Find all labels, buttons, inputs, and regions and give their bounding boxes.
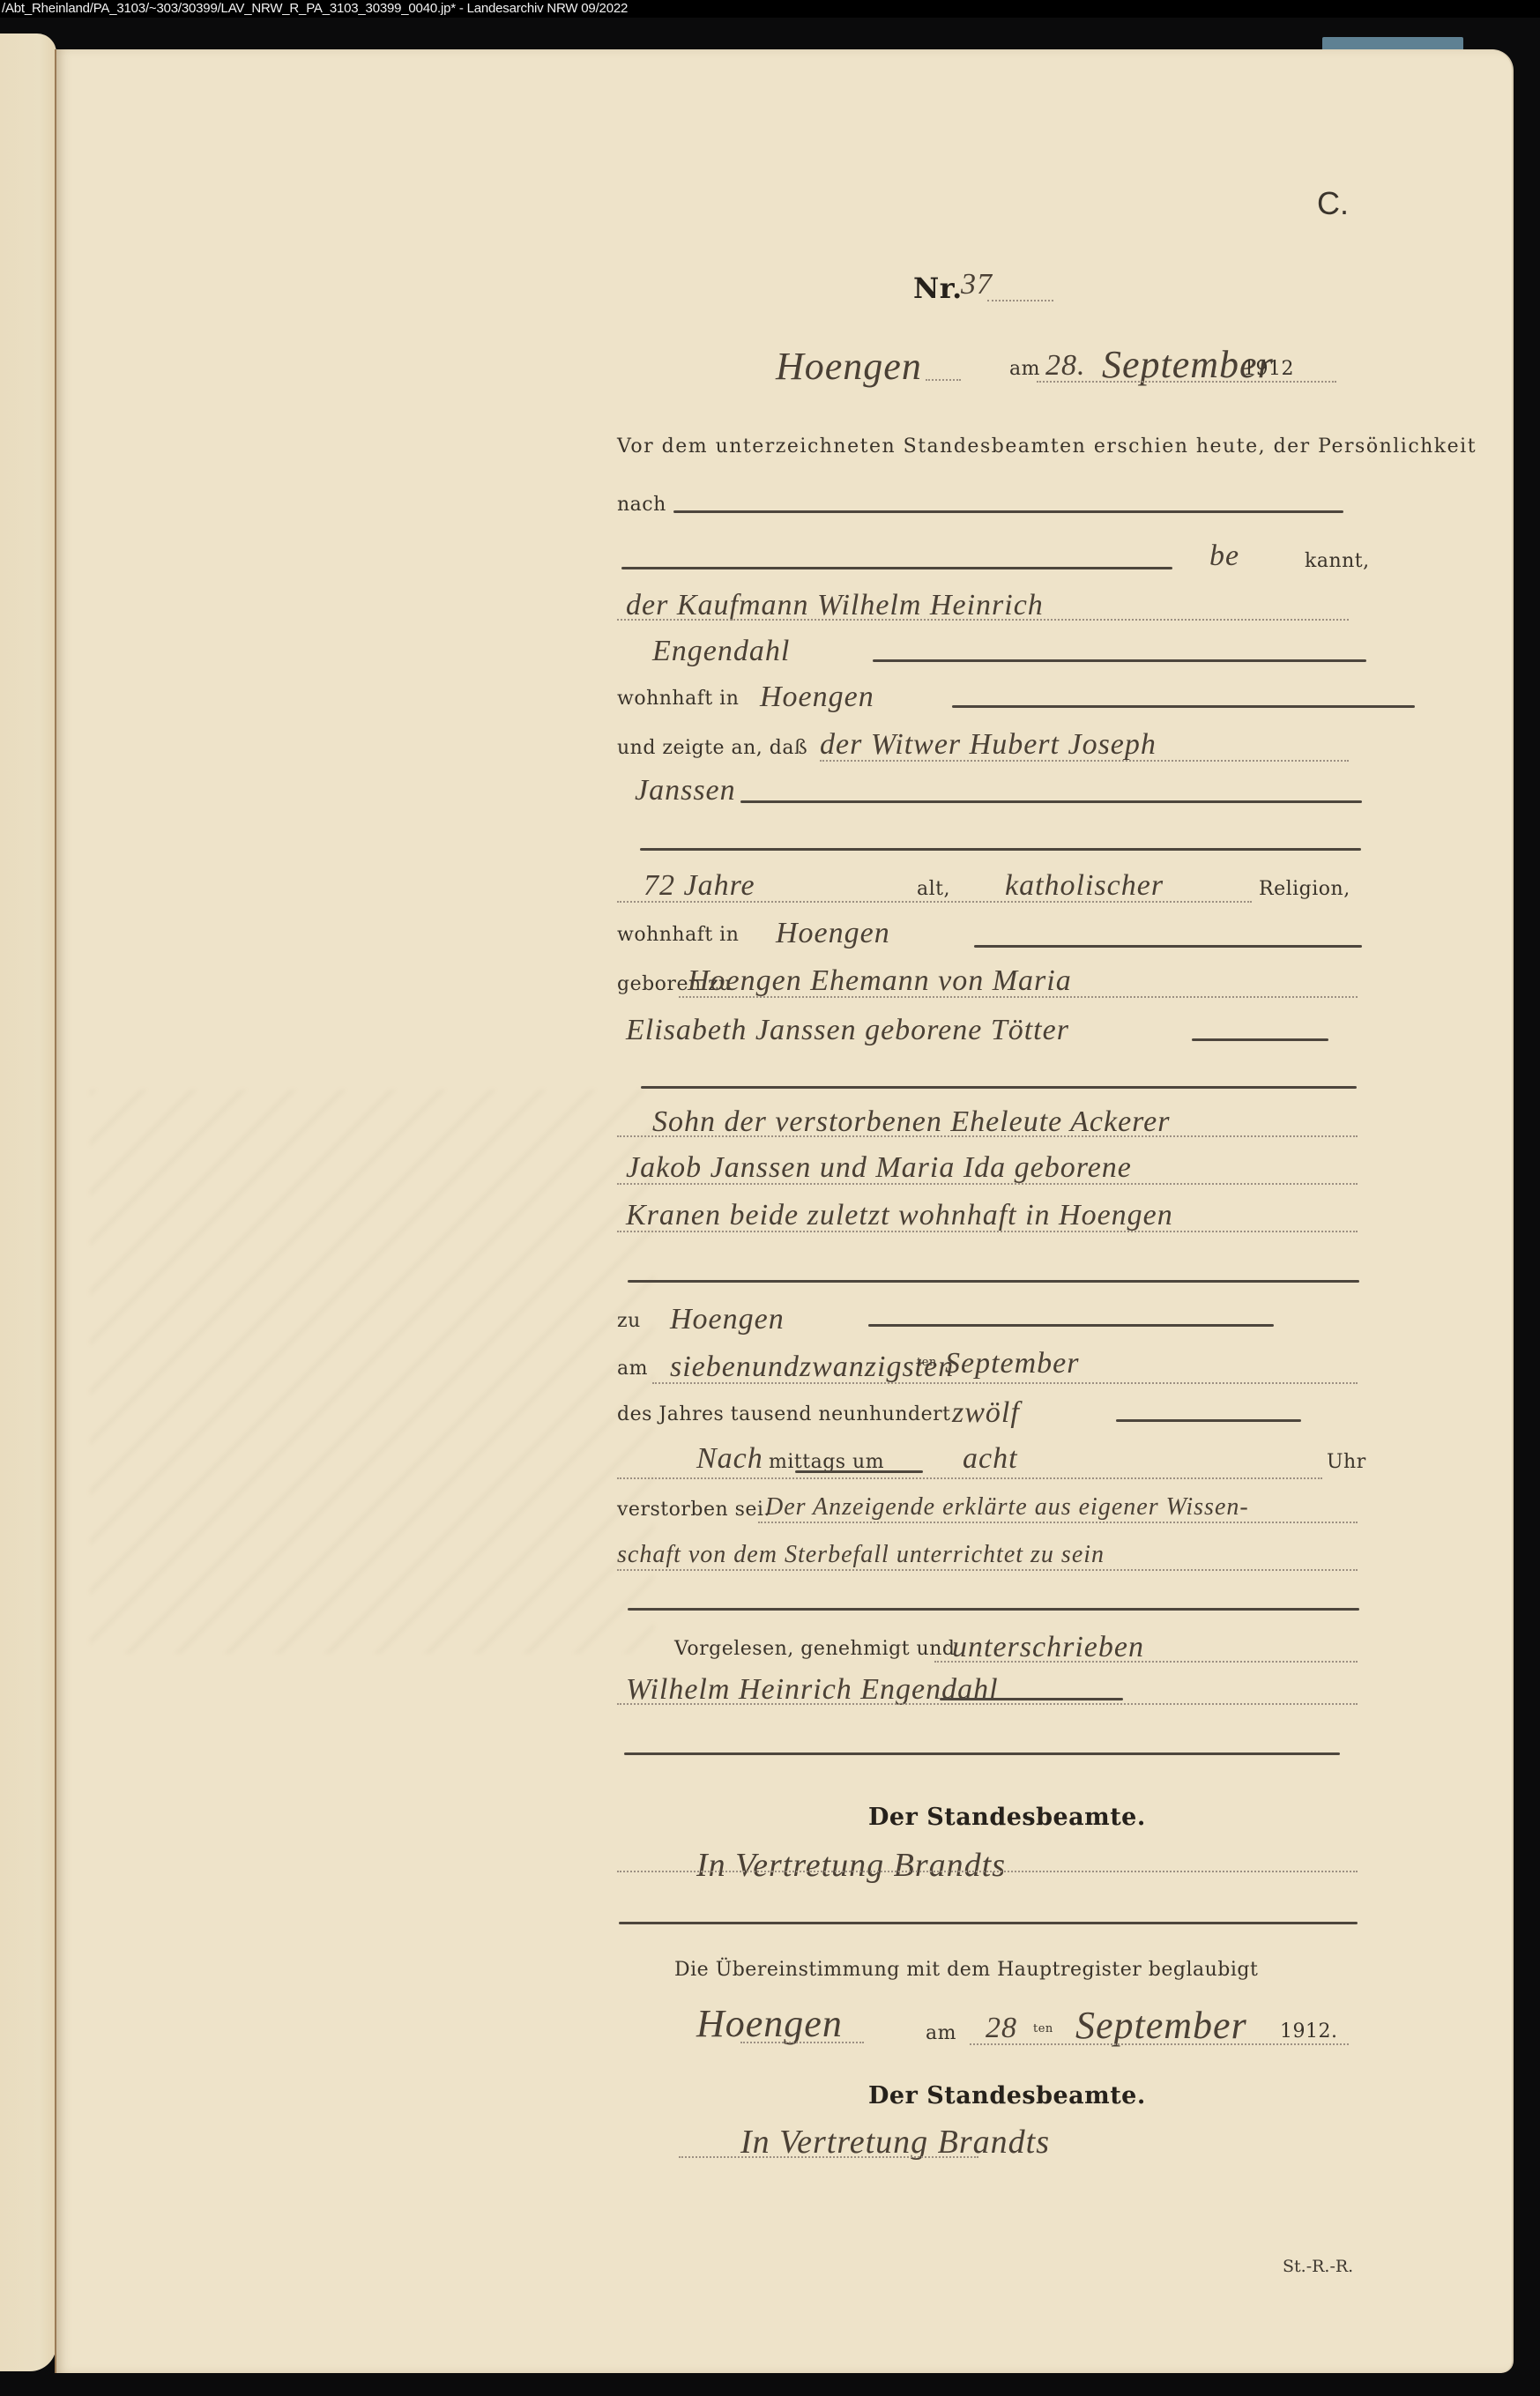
death-year-words: zwölf <box>952 1396 1020 1430</box>
left-facing-page <box>0 33 56 2371</box>
ten-suffix: ten <box>917 1356 937 1369</box>
nach-label: nach <box>617 494 666 516</box>
record-number: 37 <box>961 268 993 301</box>
birth-line2: Elisabeth Janssen geborene Tötter <box>626 1014 1069 1047</box>
cancel-line <box>628 1608 1359 1611</box>
parents-line2: Jakob Janssen und Maria Ida geborene <box>626 1151 1132 1185</box>
birth-line1: Hoengen Ehemann von Maria <box>688 964 1072 998</box>
ink-bleed-through <box>90 1090 654 1654</box>
header-am: am <box>1009 358 1040 380</box>
cert-day: 28 <box>986 2012 1017 2045</box>
death-day: siebenundzwanzigsten <box>670 1351 954 1384</box>
informant-signature: Wilhelm Heinrich Engendahl <box>626 1673 999 1707</box>
officer-signature: In Vertretung Brandts <box>696 1846 1006 1885</box>
cancel-line <box>974 945 1362 948</box>
dots <box>758 1522 1358 1523</box>
footer-mark: St.-R.-R. <box>1283 2257 1353 2276</box>
parents-line1: Sohn der verstorbenen Eheleute Ackerer <box>652 1105 1170 1139</box>
dots <box>617 1183 1358 1185</box>
year-label: des Jahres tausend neunhundert <box>617 1403 950 1425</box>
intro-line: Vor dem unterzeichneten Standesbeamten e… <box>617 435 1477 458</box>
am-label: am <box>617 1358 648 1380</box>
dots <box>679 996 1358 998</box>
informant-line1: der Kaufmann Wilhelm Heinrich <box>626 589 1044 622</box>
cancel-line <box>868 1324 1274 1327</box>
cert-month: September <box>1075 2003 1247 2048</box>
dots <box>970 2043 1349 2045</box>
cert-am: am <box>926 2022 956 2044</box>
dots <box>652 1382 1358 1384</box>
cancel-line <box>641 1086 1357 1089</box>
dots <box>1037 381 1336 383</box>
cancel-line <box>1116 1419 1301 1422</box>
zeigte-label: und zeigte an, daß <box>617 737 807 759</box>
cancel-line <box>624 1752 1340 1755</box>
cancel-line <box>740 800 1362 803</box>
informant-residence: Hoengen <box>760 681 874 714</box>
dots <box>617 619 1349 621</box>
remark-line2: schaft von dem Sterbefall unterrichtet z… <box>617 1541 1105 1569</box>
certification-line: Die Übereinstimmung mit dem Hauptregiste… <box>674 1959 1258 1981</box>
window-title: /Abt_Rheinland/PA_3103/~303/30399/LAV_NR… <box>0 0 1540 18</box>
wohnhaft-label: wohnhaft in <box>617 688 739 710</box>
deceased-line1: der Witwer Hubert Joseph <box>820 728 1157 762</box>
unterschrieben: unterschrieben <box>952 1631 1144 1664</box>
dots <box>934 1661 1358 1663</box>
parents-line3: Kranen beide zuletzt wohnhaft in Hoengen <box>626 1199 1173 1232</box>
header-day: 28. <box>1045 349 1086 383</box>
bekannt-handwritten: be <box>1209 539 1239 573</box>
cancel-line <box>673 510 1343 513</box>
officer-heading-2: Der Standesbeamte. <box>868 2082 1146 2110</box>
cert-place: Hoengen <box>696 2001 843 2046</box>
cancel-line <box>621 567 1172 569</box>
verstorben-label: verstorben sei. <box>617 1499 770 1521</box>
religion-label: Religion, <box>1259 878 1350 900</box>
time-prefix: Nach <box>696 1442 763 1476</box>
age-handwritten: 72 Jahre <box>644 869 755 903</box>
cancel-line <box>628 1280 1359 1283</box>
dots <box>740 2042 864 2043</box>
cancel-line <box>952 705 1415 708</box>
officer-heading: Der Standesbeamte. <box>868 1804 1146 1831</box>
cert-year: 1912. <box>1280 2020 1337 2043</box>
cancel-line <box>940 1698 1123 1700</box>
dots <box>617 1569 1358 1571</box>
header-place: Hoengen <box>776 344 922 389</box>
dots <box>617 1135 1358 1137</box>
uhr-label: Uhr <box>1327 1451 1366 1473</box>
informant-line2: Engendahl <box>652 635 790 668</box>
dots <box>617 901 1252 903</box>
death-month: September <box>945 1347 1080 1380</box>
dots <box>617 1703 1358 1705</box>
cancel-line <box>1192 1038 1328 1041</box>
dots <box>617 1231 1358 1232</box>
religion-handwritten: katholischer <box>1005 869 1164 903</box>
dots <box>926 379 961 381</box>
form-code: C. <box>1317 185 1349 222</box>
cancel-line <box>873 659 1366 662</box>
dots <box>820 760 1349 762</box>
zu-label: zu <box>617 1310 641 1332</box>
deceased-line2: Janssen <box>635 774 736 807</box>
deceased-residence-label: wohnhaft in <box>617 924 739 946</box>
dots <box>617 1477 1322 1479</box>
death-hour: acht <box>963 1442 1018 1476</box>
deceased-residence: Hoengen <box>776 917 890 950</box>
alt-label: alt, <box>917 878 950 900</box>
record-number-label: Nr. <box>913 272 963 305</box>
header-year: 1912 <box>1243 358 1294 380</box>
dots <box>679 2156 978 2158</box>
dots <box>617 1871 1358 1872</box>
cancel-line <box>640 848 1361 851</box>
remark-line1: Der Anzeigende erklärte aus eigener Wiss… <box>765 1493 1249 1522</box>
cert-ten: ten <box>1033 2022 1053 2035</box>
vorgelesen-label: Vorgelesen, genehmigt und <box>674 1638 955 1660</box>
bekannt-printed: kannt, <box>1305 550 1370 572</box>
cancel-line <box>619 1922 1358 1924</box>
cancel-line <box>795 1470 923 1473</box>
death-place: Hoengen <box>670 1303 785 1336</box>
record-number-dots <box>987 300 1053 301</box>
